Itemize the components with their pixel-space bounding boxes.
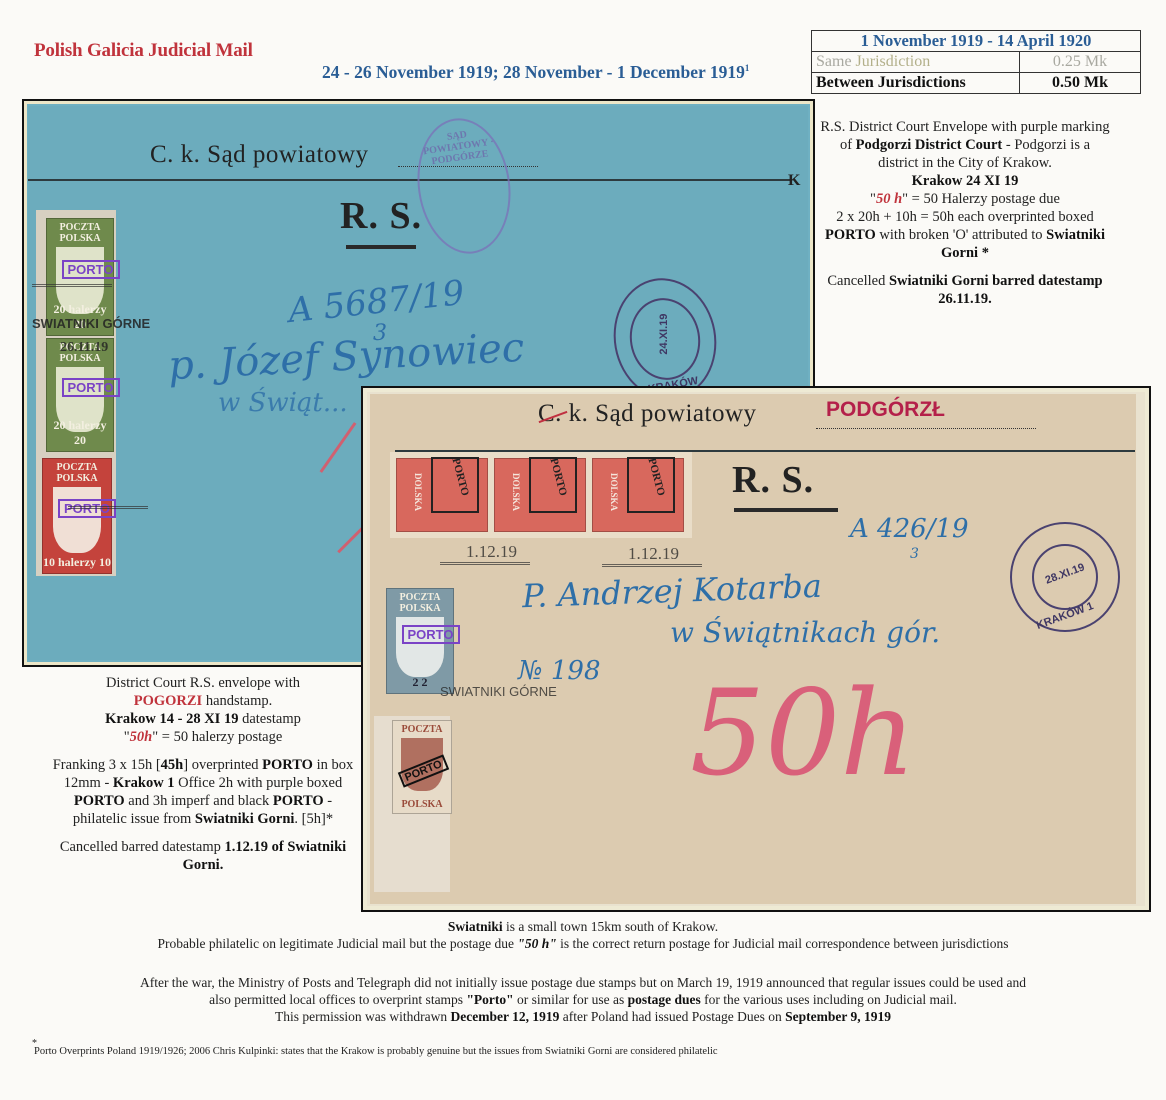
stamp-value: 10 halerzy 10 <box>43 555 111 570</box>
text: after Poland had issued Postage Dues on <box>559 1009 785 1024</box>
handstamp-name: POGORZI <box>134 693 202 709</box>
rate-label: Between Jurisdictions <box>812 73 1020 94</box>
stamp-15h: PORTO DOLSKA <box>494 458 586 532</box>
text: Franking 3 x 15h [ <box>53 757 161 773</box>
rate-period: 1 November 1919 - 14 April 1920 <box>812 31 1141 52</box>
court-seal: SĄD POWIATOWY · PODGÓRZE <box>409 112 519 259</box>
stamp-header: POCZTA <box>393 724 451 735</box>
seal-text: SĄD POWIATOWY · PODGÓRZE <box>413 124 505 169</box>
text-bold: Swiatniki <box>448 919 503 934</box>
address-dotted-line <box>816 428 1036 429</box>
rate-label-b: Jurisdiction <box>856 53 931 70</box>
addressee-line2: w Świątnikach gór. <box>670 616 940 649</box>
text: datestamp <box>238 711 300 727</box>
stamp-15h: PORTO DOLSKA <box>592 458 684 532</box>
text-bold: Krakow 1 <box>113 775 175 791</box>
stamp-text-left: DOLSKA <box>413 473 423 511</box>
text: Cancelled <box>827 273 889 289</box>
bottom-note-1: Swiatniki is a small town 15km south of … <box>0 918 1166 952</box>
rate-row-between: Between Jurisdictions 0.50 Mk <box>812 73 1141 94</box>
stamp-header: POCZTA POLSKA <box>43 462 111 484</box>
barred-cancel <box>440 562 530 583</box>
printed-rs: R. S. <box>340 194 422 238</box>
text: for the various uses including on Judici… <box>701 992 957 1007</box>
due-amount: 50h <box>130 729 153 745</box>
text-bold: PORTO <box>825 227 876 243</box>
text: with broken 'O' attributed to <box>876 227 1046 243</box>
text-bold: PORTO <box>74 793 125 809</box>
rate-table: 1 November 1919 - 14 April 1920 Same Jur… <box>811 30 1141 94</box>
text-bold: PORTO <box>273 793 324 809</box>
stamp-value: 20 halerzy 20 <box>47 418 113 448</box>
right-description: R.S. District Court Envelope with purple… <box>820 118 1110 318</box>
text: " = 50 Halerzy postage due <box>902 191 1060 207</box>
edge-letter: K <box>788 172 800 190</box>
stamp-strip: PORTO DOLSKA PORTO DOLSKA PORTO DOLSKA <box>390 452 692 538</box>
reference-number: A 426/19 <box>850 514 969 544</box>
text-bold: September 9, 1919 <box>785 1009 891 1024</box>
text: This permission was withdrawn <box>275 1009 450 1024</box>
postage-due-mark: 50h <box>690 664 916 802</box>
krakow-datestamp: 28.XI.19 KRAKÓW 1 <box>1010 522 1120 632</box>
addressee-line2: w Świąt... <box>218 388 348 418</box>
stamp-text-left: DOLSKA <box>609 473 619 511</box>
text-bold: December 12, 1919 <box>451 1009 560 1024</box>
cancel-date: 1.12.19 <box>466 542 517 562</box>
text: Cancelled barred datestamp <box>60 839 225 855</box>
rate-value: 0.50 Mk <box>1020 73 1141 94</box>
register-number: № 198 <box>518 656 601 686</box>
printed-court-heading: C. k. Sąd powiatowy <box>150 141 369 169</box>
text-bold: Swiatniki Gorni barred datestamp 26.11.1… <box>889 273 1103 307</box>
stamp-2h: POCZTA POLSKA PORTO 2 2 <box>386 588 454 694</box>
text: is a small town 15km south of Krakow. <box>503 919 718 934</box>
text-bold: "Porto" <box>466 992 513 1007</box>
bottom-note-2: After the war, the Ministry of Posts and… <box>0 974 1166 1025</box>
barred-cancel <box>68 506 148 535</box>
text-bold: Krakow 14 - 28 XI 19 <box>105 711 238 727</box>
rate-value: 0.25 Mk <box>1020 52 1141 73</box>
cancel-text: SWIATNIKI GÓRNE <box>440 684 557 699</box>
due-amount: "50 h" <box>517 936 556 951</box>
barred-cancel <box>32 284 112 313</box>
text-bold: postage dues <box>628 992 701 1007</box>
printed-rs: R. S. <box>732 458 814 502</box>
text-bold: Podgorzi District Court <box>856 137 1003 153</box>
text: and 3h imperf and black <box>125 793 273 809</box>
rs-underline <box>734 508 838 512</box>
page-title: Polish Galicia Judicial Mail <box>34 40 253 62</box>
podgorze-handstamp: PODGÓRZŁ <box>826 398 945 422</box>
text: 2 x 20h + 10h = 50h each overprinted box… <box>836 209 1094 225</box>
text: After the war, the Ministry of Posts and… <box>140 975 1026 990</box>
text: District Court R.S. envelope with <box>106 675 300 691</box>
tan-cover: C. k. Sąd powiatowy PODGÓRZŁ R. S. PORTO… <box>370 394 1136 904</box>
stamp-footer: POLSKA <box>393 799 451 810</box>
footnote-marker: * <box>32 1038 37 1049</box>
porto-overprint: PORTO <box>62 260 120 279</box>
addressee: P. Andrzej Kotarba <box>521 567 822 615</box>
text: ] overprinted <box>183 757 262 773</box>
porto-overprint: PORTO <box>62 378 120 397</box>
cancel-date: 1.12.19 <box>628 544 679 564</box>
rate-label-a: Same <box>816 53 856 70</box>
text-bold: PORTO <box>262 757 313 773</box>
text: also permitted local offices to overprin… <box>209 992 466 1007</box>
text: handstamp. <box>202 693 272 709</box>
text: or similar for use as <box>514 992 628 1007</box>
stamp-text-left: DOLSKA <box>511 473 521 511</box>
text-bold: Swiatniki Gorni <box>195 811 295 827</box>
text: Probable philatelic on legitimate Judici… <box>158 936 518 951</box>
stamp-15h: PORTO DOLSKA <box>396 458 488 532</box>
addressee: p. Józef Synowiec <box>167 325 525 390</box>
rate-label: Same Jurisdiction <box>812 52 1020 73</box>
stamp-header: POCZTA POLSKA <box>387 592 453 614</box>
text: is the correct return postage for Judici… <box>557 936 1009 951</box>
printed-court-heading: C. k. Sąd powiatowy <box>538 400 757 428</box>
cancel-date: 26.11.19 <box>60 340 108 356</box>
reference-sub: 3 <box>910 546 919 562</box>
due-amount: 50 h <box>876 191 902 207</box>
left-description: District Court R.S. envelope with POGORZ… <box>48 674 358 884</box>
text: . [5h]* <box>294 811 333 827</box>
text-bold: 45h <box>161 757 184 773</box>
footnote-ref: 1 <box>745 63 750 73</box>
footnote-text: Porto Overprints Poland 1919/1926; 2006 … <box>34 1046 718 1057</box>
stamp-3h: POCZTA PORTO POLSKA <box>392 720 452 814</box>
cancel-text: SWIATNIKI GÓRNE <box>32 316 150 331</box>
date-range: 24 - 26 November 1919; 28 November - 1 D… <box>322 62 745 82</box>
page-subtitle: 24 - 26 November 1919; 28 November - 1 D… <box>322 62 749 83</box>
datestamp-date: 24.XI.19 <box>658 285 670 383</box>
text: Office 2h with purple boxed <box>175 775 343 791</box>
porto-overprint: PORTO <box>402 625 460 644</box>
printed-rule <box>28 179 790 181</box>
rs-underline <box>346 245 416 249</box>
footnote: * Porto Overprints Poland 1919/1926; 200… <box>34 1046 718 1057</box>
text-bold: Krakow 24 XI 19 <box>912 173 1019 189</box>
red-due-stroke <box>320 422 357 473</box>
text: " = 50 halerzy postage <box>152 729 282 745</box>
stamp-header: POCZTA POLSKA <box>47 222 113 244</box>
rate-row-same: Same Jurisdiction 0.25 Mk <box>812 52 1141 73</box>
